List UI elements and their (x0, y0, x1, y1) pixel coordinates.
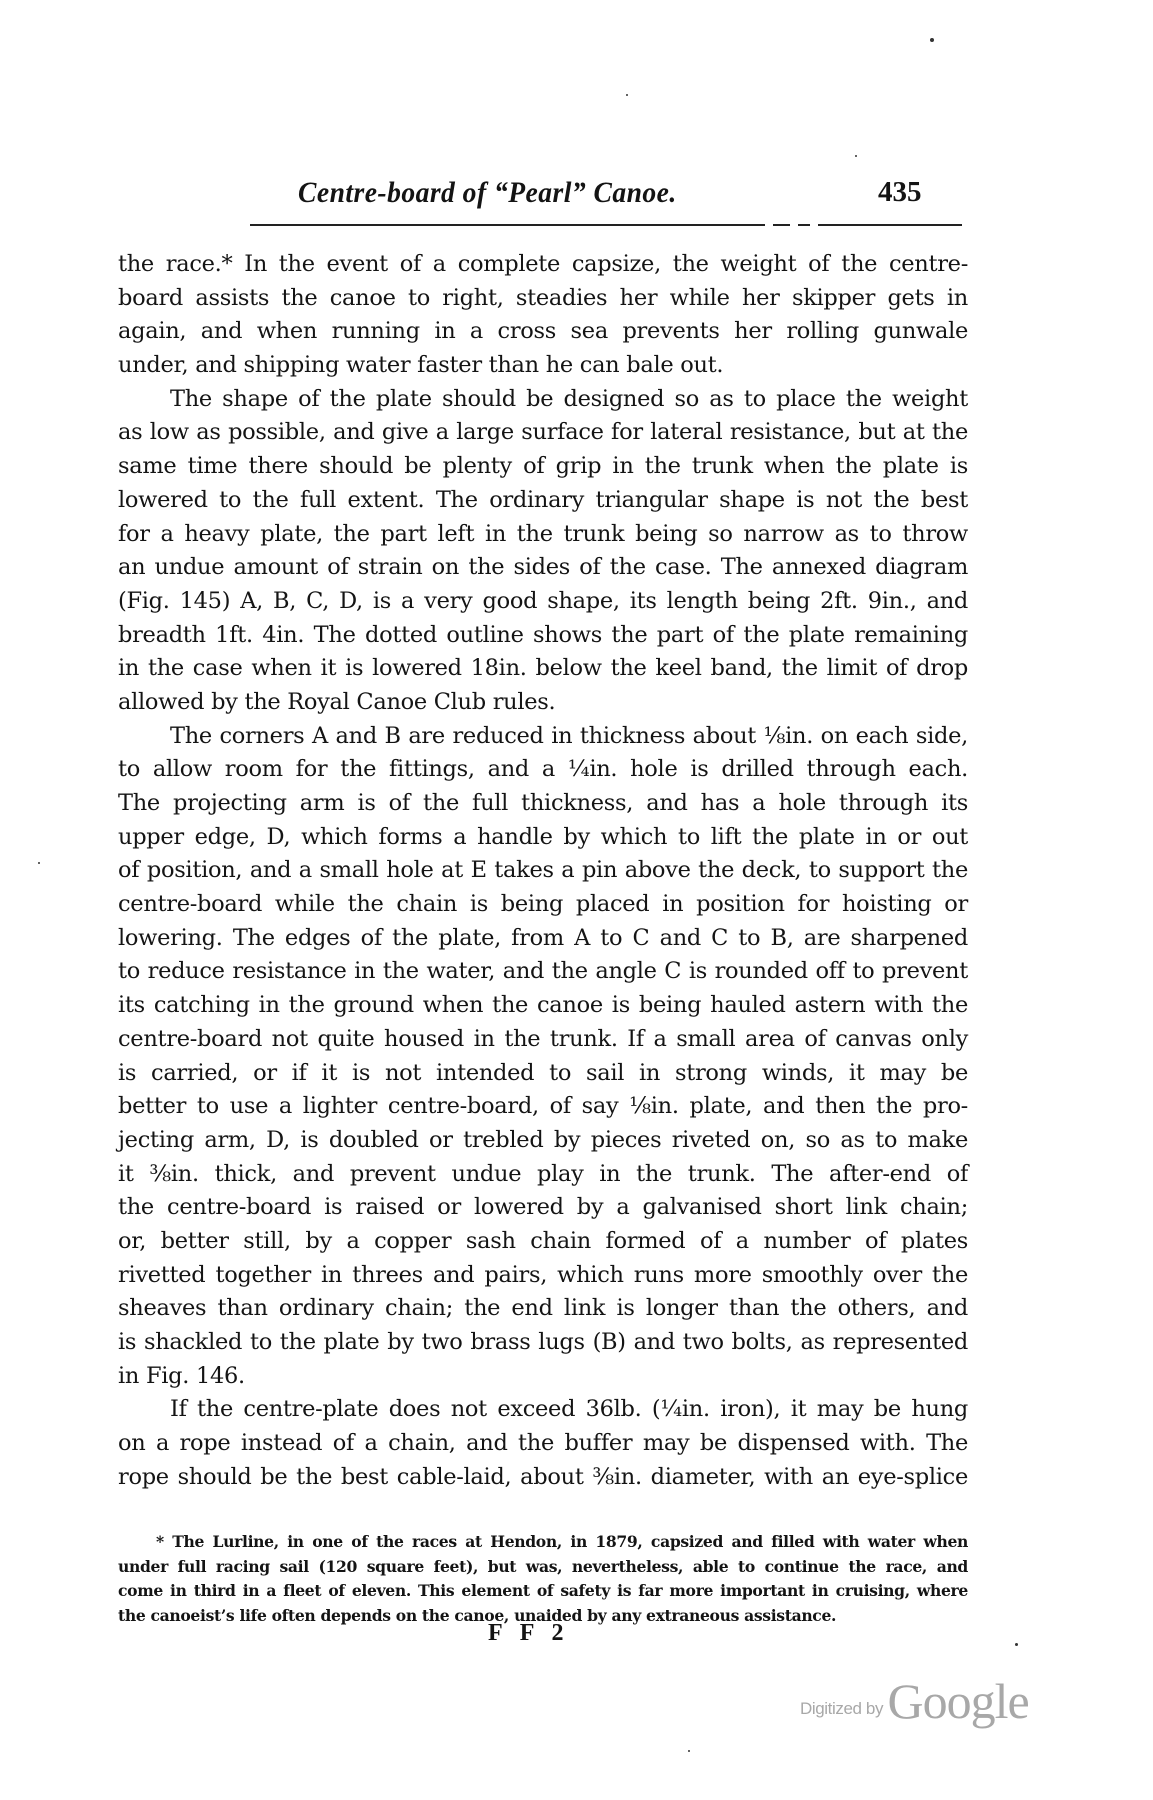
scan-speck (930, 38, 934, 42)
body-line: an undue amount of strain on the sides o… (118, 551, 968, 585)
body-line: The corners A and B are reduced in thick… (118, 720, 968, 754)
rule-gap (765, 223, 773, 227)
body-line: allowed by the Royal Canoe Club rules. (118, 686, 968, 720)
rule-gap (810, 223, 818, 227)
body-line: (Fig. 145) A, B, C, D, is a very good sh… (118, 585, 968, 619)
body-line: rivetted together in threes and pairs, w… (118, 1259, 968, 1293)
body-line: to reduce resistance in the water, and t… (118, 955, 968, 989)
footnote-line: come in third in a fleet of eleven. This… (118, 1579, 968, 1604)
running-title: Centre-board of “Pearl” Canoe. (298, 176, 677, 210)
scan-speck (626, 94, 628, 96)
body-line: its catching in the ground when the cano… (118, 989, 968, 1023)
body-line: or, better still, by a copper sash chain… (118, 1225, 968, 1259)
body-line: If the centre-plate does not exceed 36lb… (118, 1393, 968, 1427)
body-line: breadth 1ft. 4in. The dotted outline sho… (118, 619, 968, 653)
footnote: * The Lurline, in one of the races at He… (118, 1530, 968, 1628)
footnote-line: * The Lurline, in one of the races at He… (118, 1530, 968, 1555)
body-line: The shape of the plate should be designe… (118, 383, 968, 417)
body-text: the race.* In the event of a complete ca… (118, 248, 968, 1494)
body-line: lowering. The edges of the plate, from A… (118, 922, 968, 956)
body-line: for a heavy plate, the part left in the … (118, 518, 968, 552)
watermark-prefix: Digitized by (800, 1699, 883, 1718)
body-line: the race.* In the event of a complete ca… (118, 248, 968, 282)
header-rule (250, 224, 962, 226)
body-line: sheaves than ordinary chain; the end lin… (118, 1292, 968, 1326)
body-line: centre-board not quite housed in the tru… (118, 1023, 968, 1057)
body-line: the centre-board is raised or lowered by… (118, 1191, 968, 1225)
body-line: is shackled to the plate by two brass lu… (118, 1326, 968, 1360)
footnote-line: under full racing sail (120 square feet)… (118, 1555, 968, 1580)
body-line: on a rope instead of a chain, and the bu… (118, 1427, 968, 1461)
body-line: as low as possible, and give a large sur… (118, 416, 968, 450)
body-line: rope should be the best cable-laid, abou… (118, 1461, 968, 1495)
body-line: of position, and a small hole at E takes… (118, 854, 968, 888)
body-line: it ⅜in. thick, and prevent undue play in… (118, 1158, 968, 1192)
page-number: 435 (878, 176, 922, 209)
signature-mark: F F 2 (488, 1620, 570, 1647)
body-line: centre-board while the chain is being pl… (118, 888, 968, 922)
body-line: board assists the canoe to right, steadi… (118, 282, 968, 316)
body-line: lowered to the full extent. The ordinary… (118, 484, 968, 518)
body-line: same time there should be plenty of grip… (118, 450, 968, 484)
body-line: upper edge, D, which forms a handle by w… (118, 821, 968, 855)
body-line: to allow room for the fittings, and a ¼i… (118, 753, 968, 787)
scan-speck (688, 1750, 690, 1752)
body-line: under, and shipping water faster than he… (118, 349, 968, 383)
rule-gap (790, 223, 798, 227)
google-logo: Google (888, 1673, 1029, 1729)
body-line: is carried, or if it is not intended to … (118, 1057, 968, 1091)
body-line: again, and when running in a cross sea p… (118, 315, 968, 349)
body-line: in Fig. 146. (118, 1360, 968, 1394)
running-header: Centre-board of “Pearl” Canoe. 435 (118, 172, 968, 216)
body-line: better to use a lighter centre-board, of… (118, 1090, 968, 1124)
body-line: jecting arm, D, is doubled or trebled by… (118, 1124, 968, 1158)
scan-speck (38, 862, 40, 864)
scan-speck (1015, 1643, 1018, 1646)
body-line: The projecting arm is of the full thickn… (118, 787, 968, 821)
digitized-watermark: Digitized by Google (800, 1672, 1029, 1730)
scan-speck (855, 155, 857, 157)
body-line: in the case when it is lowered 18in. bel… (118, 652, 968, 686)
